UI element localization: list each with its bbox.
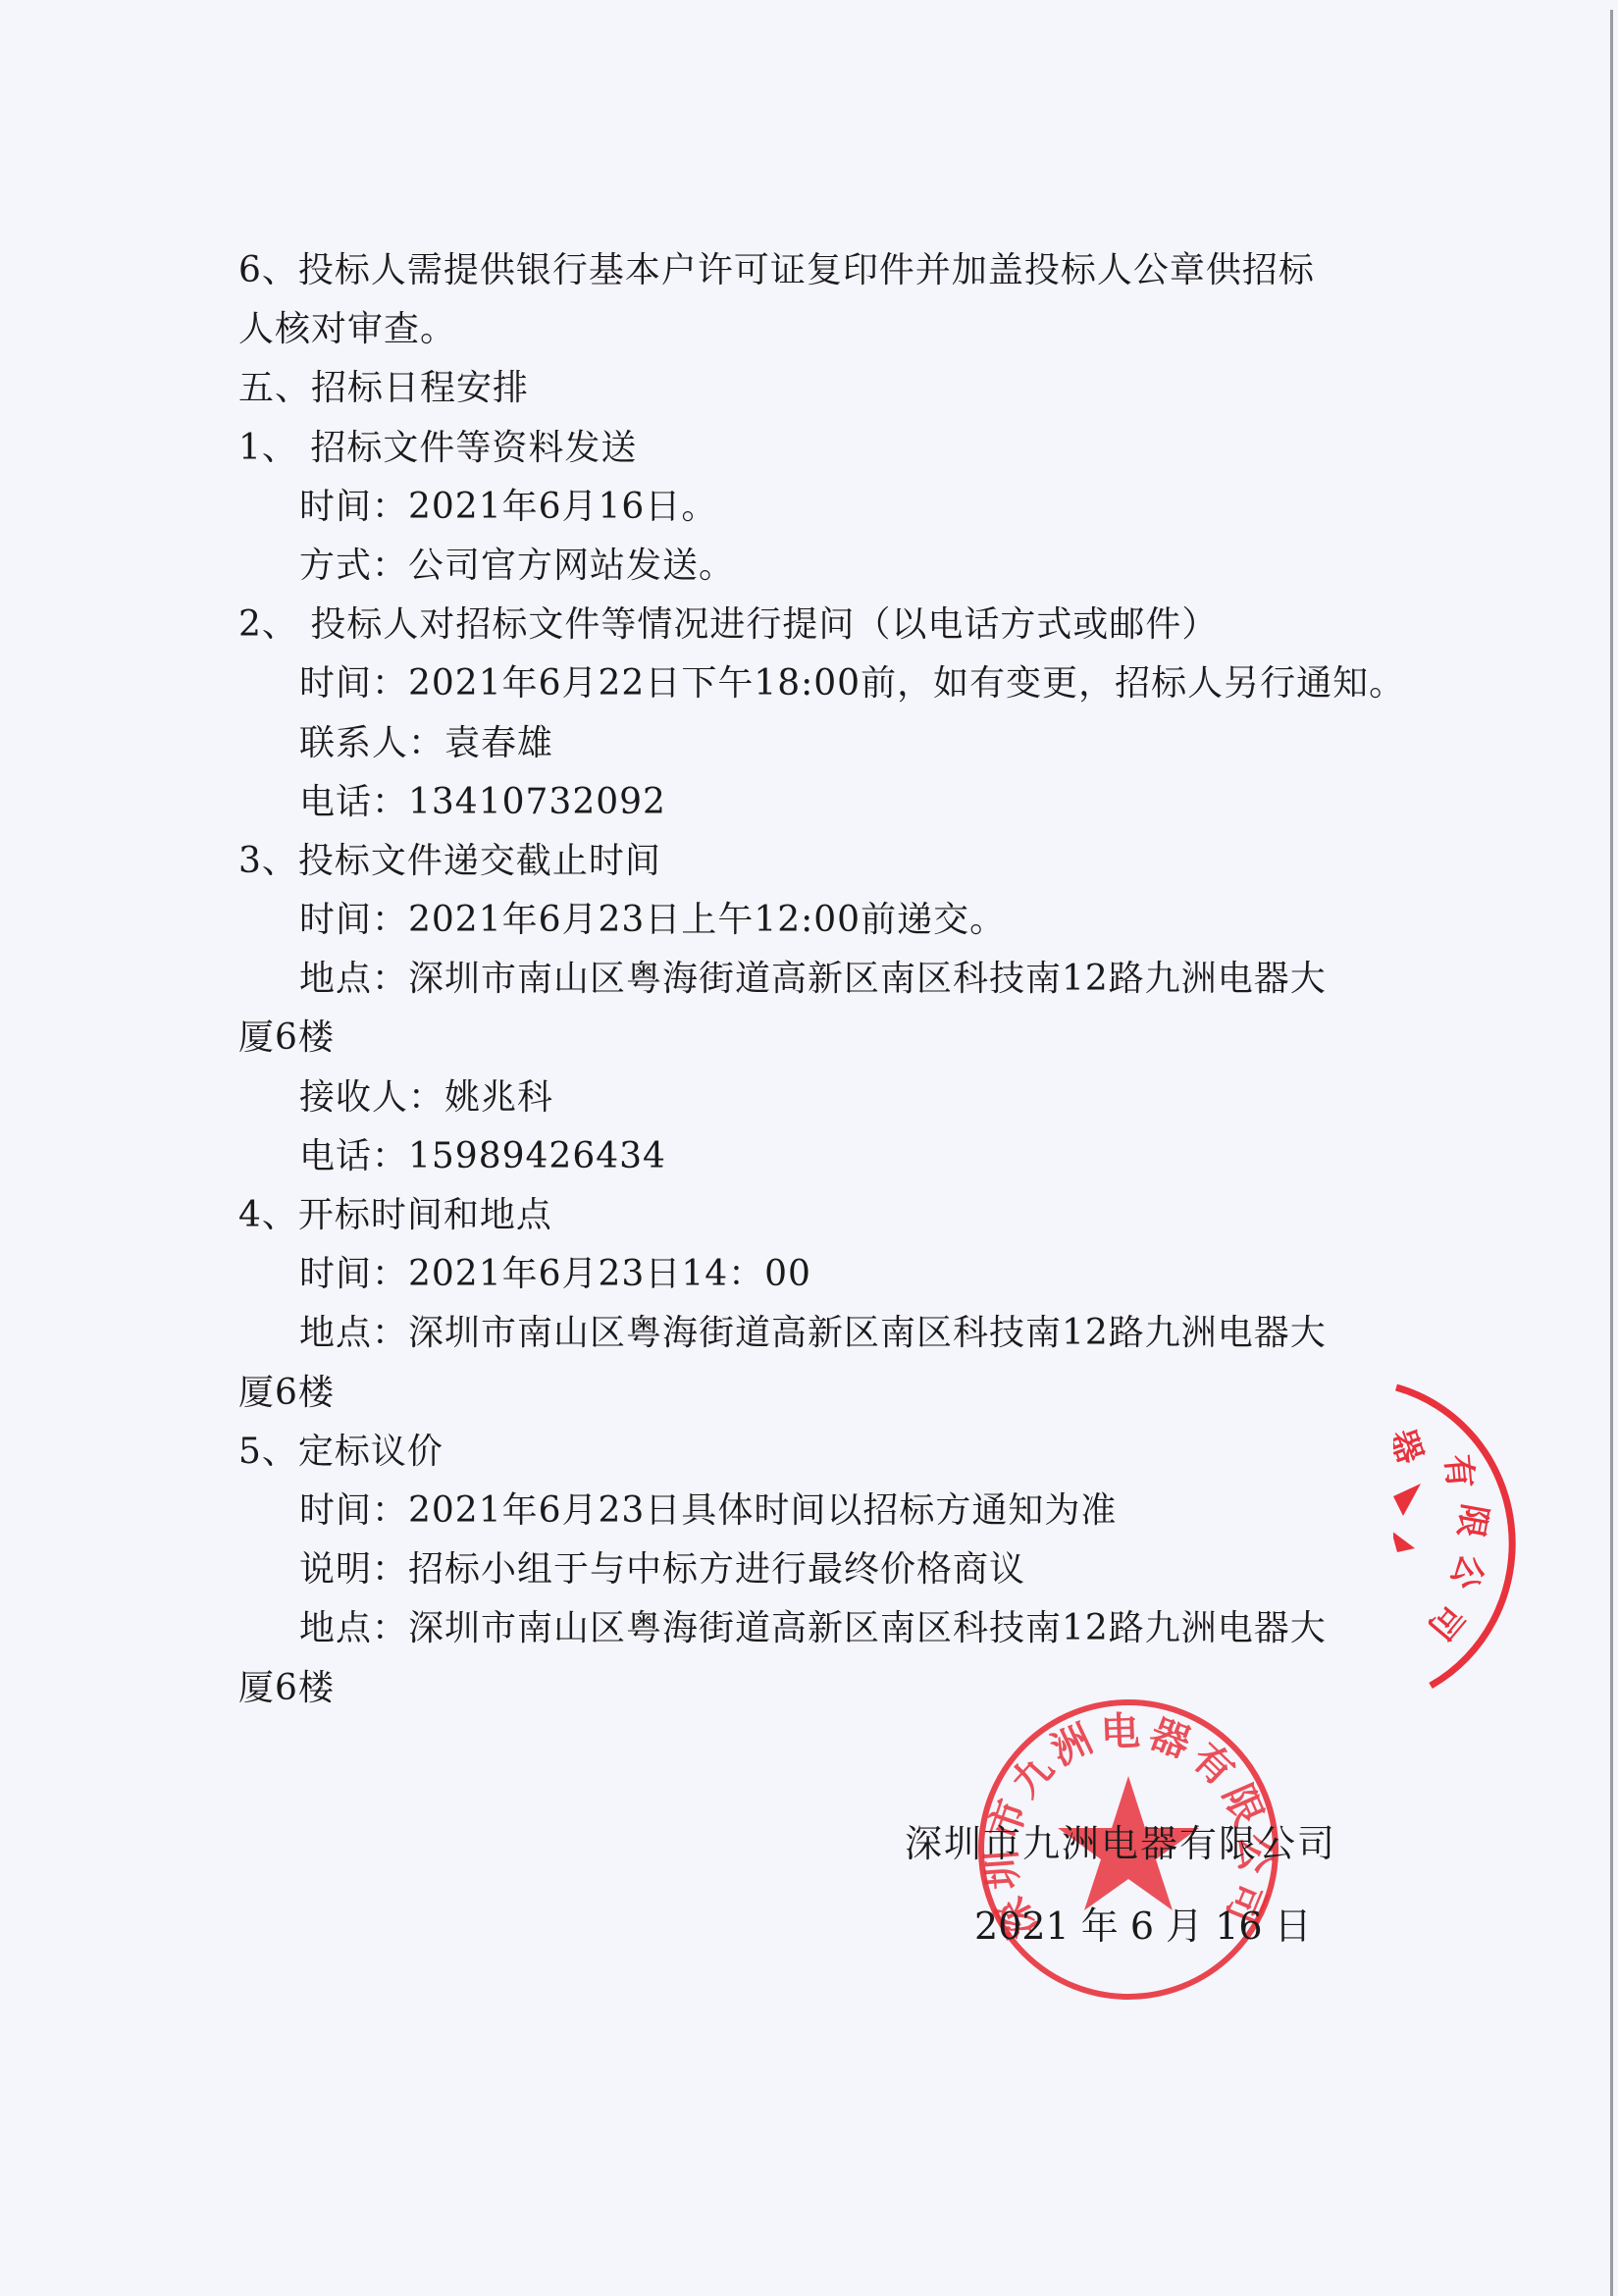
doc-line: 厦6楼 — [238, 1009, 1377, 1068]
doc-line: 时间：2021年6月22日下午18:00前，如有变更，招标人另行通知。 — [238, 654, 1377, 713]
document-body: 6、投标人需提供银行基本户许可证复印件并加盖投标人公章供招标 人核对审查。 五、… — [238, 241, 1377, 1718]
item-heading: 5、定标议价 — [238, 1423, 1377, 1482]
doc-line: 厦6楼 — [238, 1659, 1377, 1718]
doc-line: 方式：公司官方网站发送。 — [238, 537, 1377, 596]
doc-line: 时间：2021年6月23日14：00 — [238, 1245, 1377, 1304]
doc-line: 人核对审查。 — [238, 300, 1377, 359]
item-heading: 1、 招标文件等资料发送 — [238, 419, 1377, 478]
doc-line: 时间：2021年6月23日具体时间以招标方通知为准 — [238, 1482, 1377, 1540]
page-edge-line — [1610, 10, 1613, 2296]
doc-line: 厦6楼 — [238, 1364, 1377, 1423]
svg-text:公: 公 — [1442, 1548, 1492, 1595]
item-heading: 4、开标时间和地点 — [238, 1186, 1377, 1245]
doc-line: 地点：深圳市南山区粤海街道高新区南区科技南12路九洲电器大 — [238, 1599, 1377, 1658]
svg-text:有: 有 — [1437, 1453, 1480, 1489]
doc-line: 电话：13410732092 — [238, 773, 1377, 832]
doc-line: 地点：深圳市南山区粤海街道高新区南区科技南12路九洲电器大 — [238, 1304, 1377, 1363]
doc-line: 6、投标人需提供银行基本户许可证复印件并加盖投标人公章供招标 — [238, 241, 1377, 300]
item-heading: 3、投标文件递交截止时间 — [238, 832, 1377, 891]
item-heading: 2、 投标人对招标文件等情况进行提问（以电话方式或邮件） — [238, 596, 1377, 654]
doc-line: 地点：深圳市南山区粤海街道高新区南区科技南12路九洲电器大 — [238, 950, 1377, 1009]
doc-line: 时间：2021年6月16日。 — [238, 478, 1377, 537]
signature-date: 2021 年 6 月 16 日 — [974, 1896, 1312, 1950]
section-heading: 五、招标日程安排 — [238, 359, 1377, 418]
svg-text:限: 限 — [1450, 1501, 1494, 1540]
doc-line: 联系人：袁春雄 — [238, 714, 1377, 773]
seam-seal-icon: 器 有 限 公 司 — [1393, 1374, 1618, 1697]
doc-line: 电话：15989426434 — [238, 1127, 1377, 1186]
signature-company: 深圳市九洲电器有限公司 — [905, 1813, 1336, 1867]
doc-line: 接收人：姚兆科 — [238, 1069, 1377, 1127]
doc-line: 时间：2021年6月23日上午12:00前递交。 — [238, 891, 1377, 950]
svg-text:司: 司 — [1420, 1596, 1471, 1647]
svg-text:器: 器 — [1393, 1425, 1430, 1470]
doc-line: 说明：招标小组于与中标方进行最终价格商议 — [238, 1540, 1377, 1599]
